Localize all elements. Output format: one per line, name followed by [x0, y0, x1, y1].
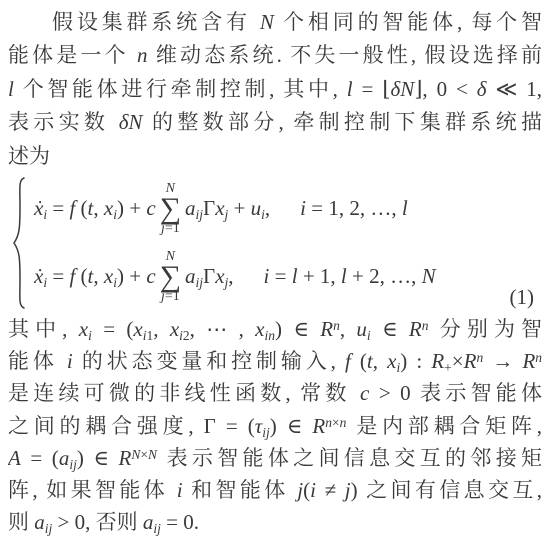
summation-2: N ∑ j=1 [160, 250, 181, 304]
equation-2-lhs: ẋi = f (t, xi) + c [34, 264, 156, 289]
equation-1-rhs: aijΓxj + ui, [185, 196, 270, 221]
text-line: 能体 i 的状态变量和控制输入, f (t, xi) : R+×Rn → Rn [8, 345, 542, 377]
text-line: 能体是一个 n 维动态系统. 不失一般性, 假设选择前 [8, 39, 542, 72]
text-line: 则 aij > 0, 否则 aij = 0. [8, 506, 542, 538]
paragraph-2: 其中, xi = (xi1, xi2, ⋯ , xin) ∈ Rn, ui ∈ … [8, 313, 542, 538]
equation-row-2: ẋi = f (t, xi) + c N ∑ j=1 aijΓxj, i = l… [34, 244, 542, 310]
summation-lower-limit: j=1 [161, 290, 180, 304]
text-line: 其中, xi = (xi1, xi2, ⋯ , xin) ∈ Rn, ui ∈ … [8, 313, 542, 345]
left-brace-icon [10, 176, 28, 310]
text-line: A = (aij) ∈ RN×N 表示智能体之间信息交互的邻接矩 [8, 442, 542, 474]
text-line: 述为 [8, 140, 542, 173]
equation-number: (1) [510, 285, 535, 310]
equation-1-condition: i = 1, 2, …, l [300, 196, 408, 221]
text-line: l 个智能体进行牵制控制, 其中, l = ⌊δN⌋, 0 < δ ≪ 1, [8, 73, 542, 106]
sigma-icon: ∑ [160, 196, 181, 222]
summation-1: N ∑ j=1 [160, 182, 181, 236]
text-line: 之间的耦合强度, Γ = (τij) ∈ Rn×n 是内部耦合矩阵, [8, 410, 542, 442]
equation-block: ẋi = f (t, xi) + c N ∑ j=1 aijΓxj + ui, … [8, 176, 542, 310]
sigma-icon: ∑ [160, 264, 181, 290]
summation-lower-limit: j=1 [161, 222, 180, 236]
text-line: 假设集群系统含有 N 个相同的智能体, 每个智 [8, 6, 542, 39]
equation-1-lhs: ẋi = f (t, xi) + c [34, 196, 156, 221]
text-line: 表示实数 δN 的整数部分, 牵制控制下集群系统描 [8, 106, 542, 139]
equation-row-1: ẋi = f (t, xi) + c N ∑ j=1 aijΓxj + ui, … [34, 176, 542, 242]
text-line: 是连续可微的非线性函数, 常数 c > 0 表示智能体 [8, 377, 542, 409]
equation-2-rhs: aijΓxj, [185, 264, 234, 289]
text-line: 阵, 如果智能体 i 和智能体 j(i ≠ j) 之间有信息交互, [8, 474, 542, 506]
paragraph-1: 假设集群系统含有 N 个相同的智能体, 每个智能体是一个 n 维动态系统. 不失… [8, 6, 542, 173]
equation-rows: ẋi = f (t, xi) + c N ∑ j=1 aijΓxj + ui, … [34, 176, 542, 310]
document: 假设集群系统含有 N 个相同的智能体, 每个智能体是一个 n 维动态系统. 不失… [0, 0, 550, 538]
equation-2-condition: i = l + 1, l + 2, …, N [264, 264, 436, 289]
